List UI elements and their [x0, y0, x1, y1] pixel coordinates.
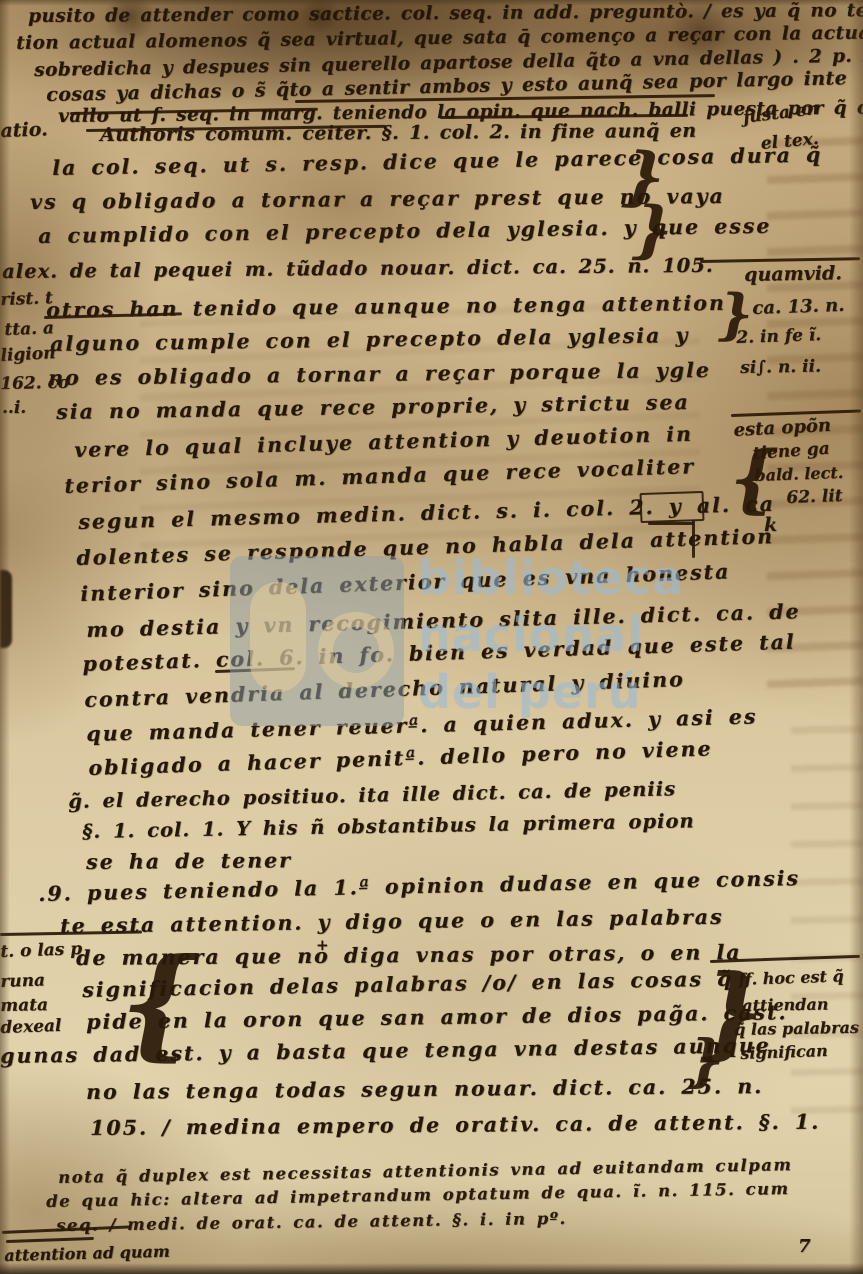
brace-left-large: {	[120, 932, 197, 1073]
brace-flourish: }	[631, 192, 673, 266]
page-edge-right	[849, 0, 863, 1274]
manuscript-line: §. 1. col. 1. Y his ñ obstantibus la pri…	[82, 809, 695, 843]
ink-box	[639, 491, 704, 523]
manuscript-line: alex. de tal pequei m. tũdado nouar. dic…	[2, 254, 714, 283]
manuscript-line: otros han tenido que aunque no tenga att…	[46, 291, 726, 322]
brace-right: }	[688, 1028, 724, 1094]
margin-note-right: si∫. n. ii.	[740, 357, 821, 378]
margin-note-right: quamvid.	[744, 262, 842, 286]
page-edge-top	[0, 0, 863, 6]
margin-note-right: ca. 13. n.	[752, 295, 845, 319]
manuscript-page: pusito de attender como sactice. col. se…	[0, 0, 863, 1274]
manuscript-line: g̃. el derecho positiuo. ita ille dict. …	[68, 777, 676, 813]
page-edge-left	[0, 0, 10, 1274]
brace-right: {	[730, 436, 778, 522]
manuscript-line: vere lo qual incluye attention y deuotio…	[74, 422, 693, 462]
margin-rule	[731, 409, 861, 416]
brace-right: }	[718, 282, 753, 346]
folio-number: 7	[798, 1236, 811, 1257]
manuscript-line: se ha de tener	[86, 848, 292, 874]
manuscript-line: terior sino sola m. manda que rece vocal…	[64, 454, 695, 498]
catchword: attention ad quam	[4, 1242, 170, 1265]
margin-note-right: 62. lit	[786, 486, 843, 508]
page-edge-bottom	[0, 1263, 863, 1274]
manuscript-line: alguno cumple con el precepto dela ygles…	[50, 323, 689, 356]
manuscript-line: no las tenga todas segun nouar. dict. ca…	[86, 1074, 763, 1104]
manuscript-line: no es obligado a tornar a reçar porque l…	[48, 358, 711, 390]
margin-note-left: t. o las p	[0, 939, 82, 962]
plus-mark: +	[316, 936, 329, 954]
ink-rule	[692, 520, 695, 558]
manuscript-line: contra vendria al derecho natural y diui…	[84, 667, 685, 712]
manuscript-line: la col. seq. ut s. resp. dice que le par…	[52, 143, 822, 180]
manuscript-line: 105. / medina empero de orativ. ca. de a…	[90, 1110, 820, 1140]
margin-note-left: tta. a	[4, 318, 54, 340]
manuscript-line: Authoris comum. ceiter. §. 1. col. 2. in…	[100, 120, 696, 146]
footnote-line: seq. / medi. de orat. ca. de attent. §. …	[56, 1209, 567, 1235]
manuscript-line: gunas dad est. y a basta que tenga vna d…	[0, 1033, 771, 1068]
manuscript-line: sia no manda que rece proprie, y strictu…	[56, 390, 690, 424]
catchword-rule	[6, 1237, 94, 1243]
margin-note-left: 162. co	[0, 373, 69, 394]
